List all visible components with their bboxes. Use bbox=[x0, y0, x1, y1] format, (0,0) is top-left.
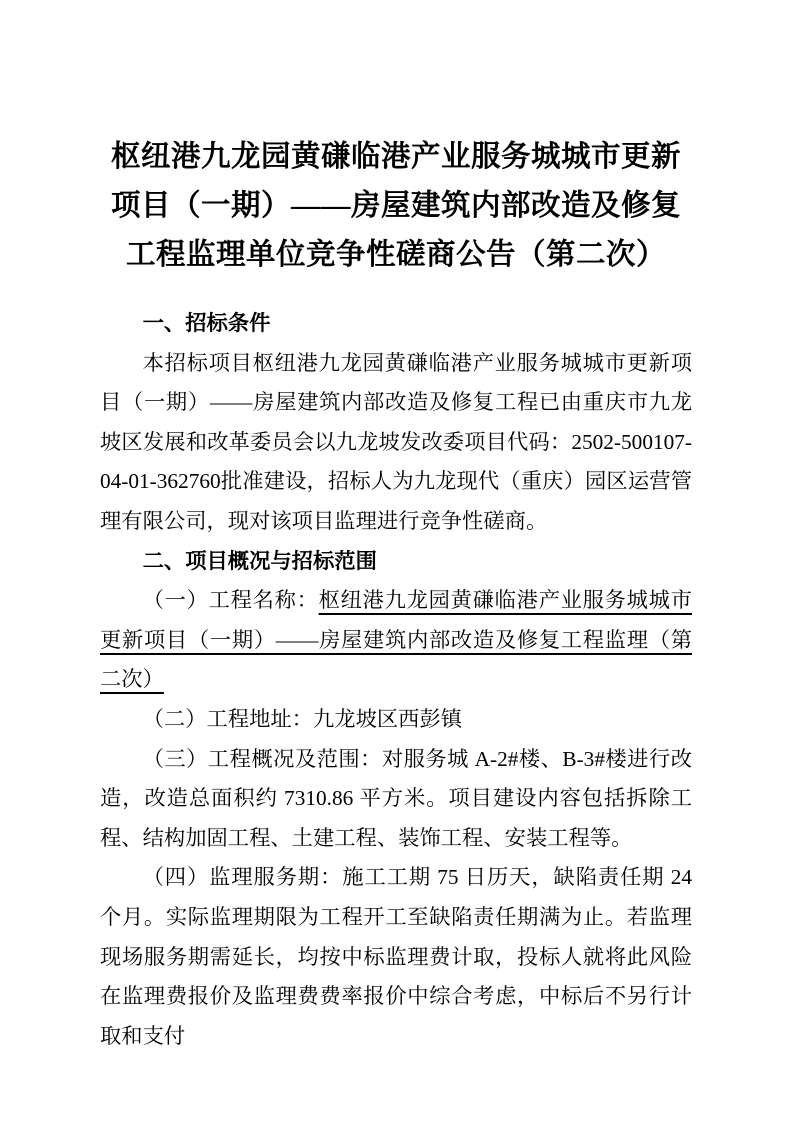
list-item-project-address: （二）工程地址：九龙坡区西彭镇 bbox=[100, 700, 692, 740]
section-heading-bidding-conditions: 一、招标条件 bbox=[100, 304, 692, 344]
project-name-label: （一）工程名称： bbox=[143, 588, 319, 612]
list-item-project-scope: （三）工程概况及范围：对服务城 A-2#楼、B-3#楼进行改造，改造总面积约 7… bbox=[100, 740, 692, 859]
document-title: 枢纽港九龙园黄磏临港产业服务城城市更新项目（一期）——房屋建筑内部改造及修复工程… bbox=[100, 133, 692, 280]
list-item-supervision-service-period: （四）监理服务期：施工工期 75 日历天，缺陷责任期 24 个月。实际监理期限为… bbox=[100, 858, 692, 1056]
paragraph-bidding-conditions: 本招标项目枢纽港九龙园黄磏临港产业服务城城市更新项目（一期）——房屋建筑内部改造… bbox=[100, 344, 692, 542]
section-heading-project-overview: 二、项目概况与招标范围 bbox=[100, 542, 692, 582]
document-page: 枢纽港九龙园黄磏临港产业服务城城市更新项目（一期）——房屋建筑内部改造及修复工程… bbox=[0, 0, 793, 1122]
list-item-project-name: （一）工程名称：枢纽港九龙园黄磏临港产业服务城城市更新项目（一期）——房屋建筑内… bbox=[100, 581, 692, 700]
